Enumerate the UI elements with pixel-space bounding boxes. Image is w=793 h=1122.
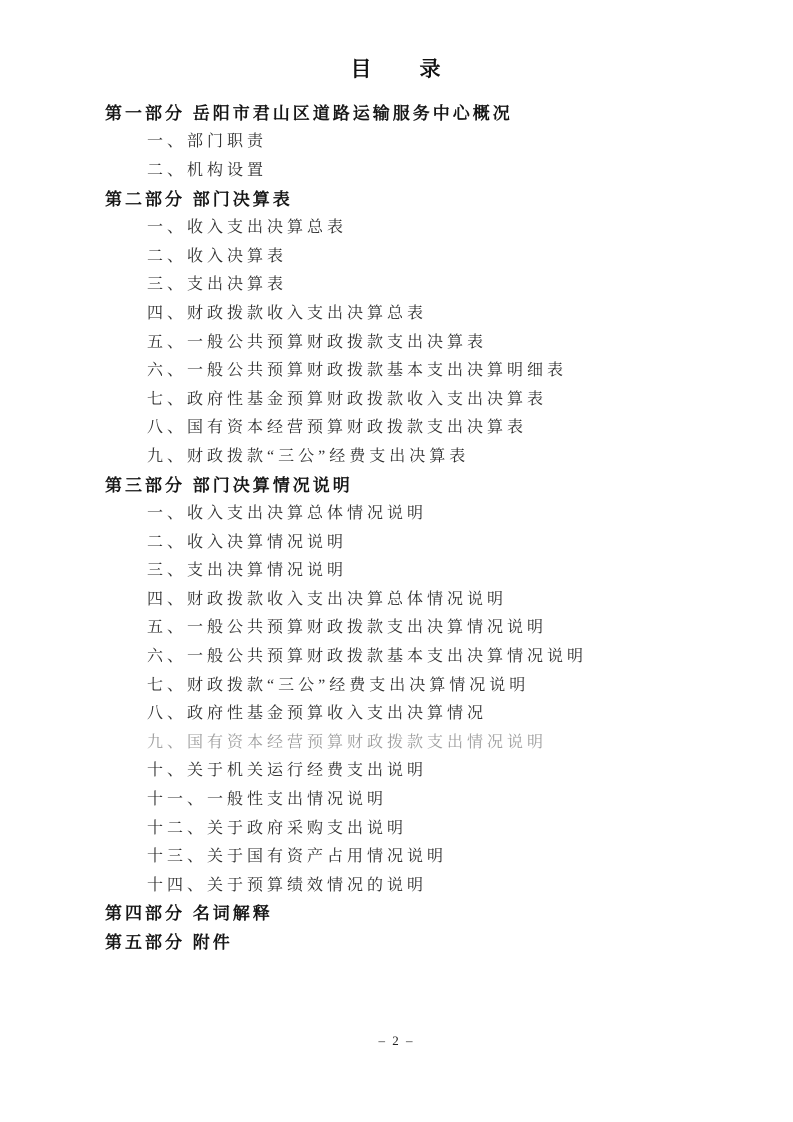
toc-item: 一、收入支出决算总体情况说明	[105, 497, 725, 526]
toc-item: 十一、一般性支出情况说明	[105, 783, 725, 812]
toc-section-heading: 第四部分 名词解释	[105, 898, 725, 927]
toc-item: 五、一般公共预算财政拨款支出决算表	[105, 326, 725, 355]
toc-item: 九、财政拨款“三公”经费支出决算表	[105, 440, 725, 469]
toc-section-heading: 第一部分 岳阳市君山区道路运输服务中心概况	[105, 97, 725, 126]
toc-item: 三、支出决算情况说明	[105, 555, 725, 584]
toc-item: 二、收入决算情况说明	[105, 526, 725, 555]
toc-item: 四、财政拨款收入支出决算总表	[105, 297, 725, 326]
page-title: 目 录	[0, 54, 793, 86]
toc-item: 五、一般公共预算财政拨款支出决算情况说明	[105, 612, 725, 641]
toc-item: 四、财政拨款收入支出决算总体情况说明	[105, 583, 725, 612]
toc-item: 十四、关于预算绩效情况的说明	[105, 869, 725, 898]
toc-item: 七、财政拨款“三公”经费支出决算情况说明	[105, 669, 725, 698]
toc-item: 八、政府性基金预算收入支出决算情况	[105, 697, 725, 726]
toc-item: 十、关于机关运行经费支出说明	[105, 755, 725, 784]
toc-item: 十二、关于政府采购支出说明	[105, 812, 725, 841]
toc-item: 二、收入决算表	[105, 240, 725, 269]
toc-item: 三、支出决算表	[105, 269, 725, 298]
toc-item: 二、机构设置	[105, 154, 725, 183]
toc-item: 六、一般公共预算财政拨款基本支出决算明细表	[105, 354, 725, 383]
toc-item-muted: 九、国有资本经营预算财政拨款支出情况说明	[105, 726, 725, 755]
page-number: – 2 –	[0, 1031, 793, 1051]
toc-section-heading: 第五部分 附件	[105, 926, 725, 955]
table-of-contents: 第一部分 岳阳市君山区道路运输服务中心概况 一、部门职责 二、机构设置 第二部分…	[105, 97, 725, 955]
document-page: 目 录 第一部分 岳阳市君山区道路运输服务中心概况 一、部门职责 二、机构设置 …	[0, 0, 793, 1122]
toc-item: 十三、关于国有资产占用情况说明	[105, 840, 725, 869]
toc-item: 七、政府性基金预算财政拨款收入支出决算表	[105, 383, 725, 412]
toc-item: 一、收入支出决算总表	[105, 211, 725, 240]
toc-item: 八、国有资本经营预算财政拨款支出决算表	[105, 412, 725, 441]
toc-item: 一、部门职责	[105, 126, 725, 155]
toc-item: 六、一般公共预算财政拨款基本支出决算情况说明	[105, 640, 725, 669]
toc-section-heading: 第三部分 部门决算情况说明	[105, 469, 725, 498]
toc-section-heading: 第二部分 部门决算表	[105, 183, 725, 212]
